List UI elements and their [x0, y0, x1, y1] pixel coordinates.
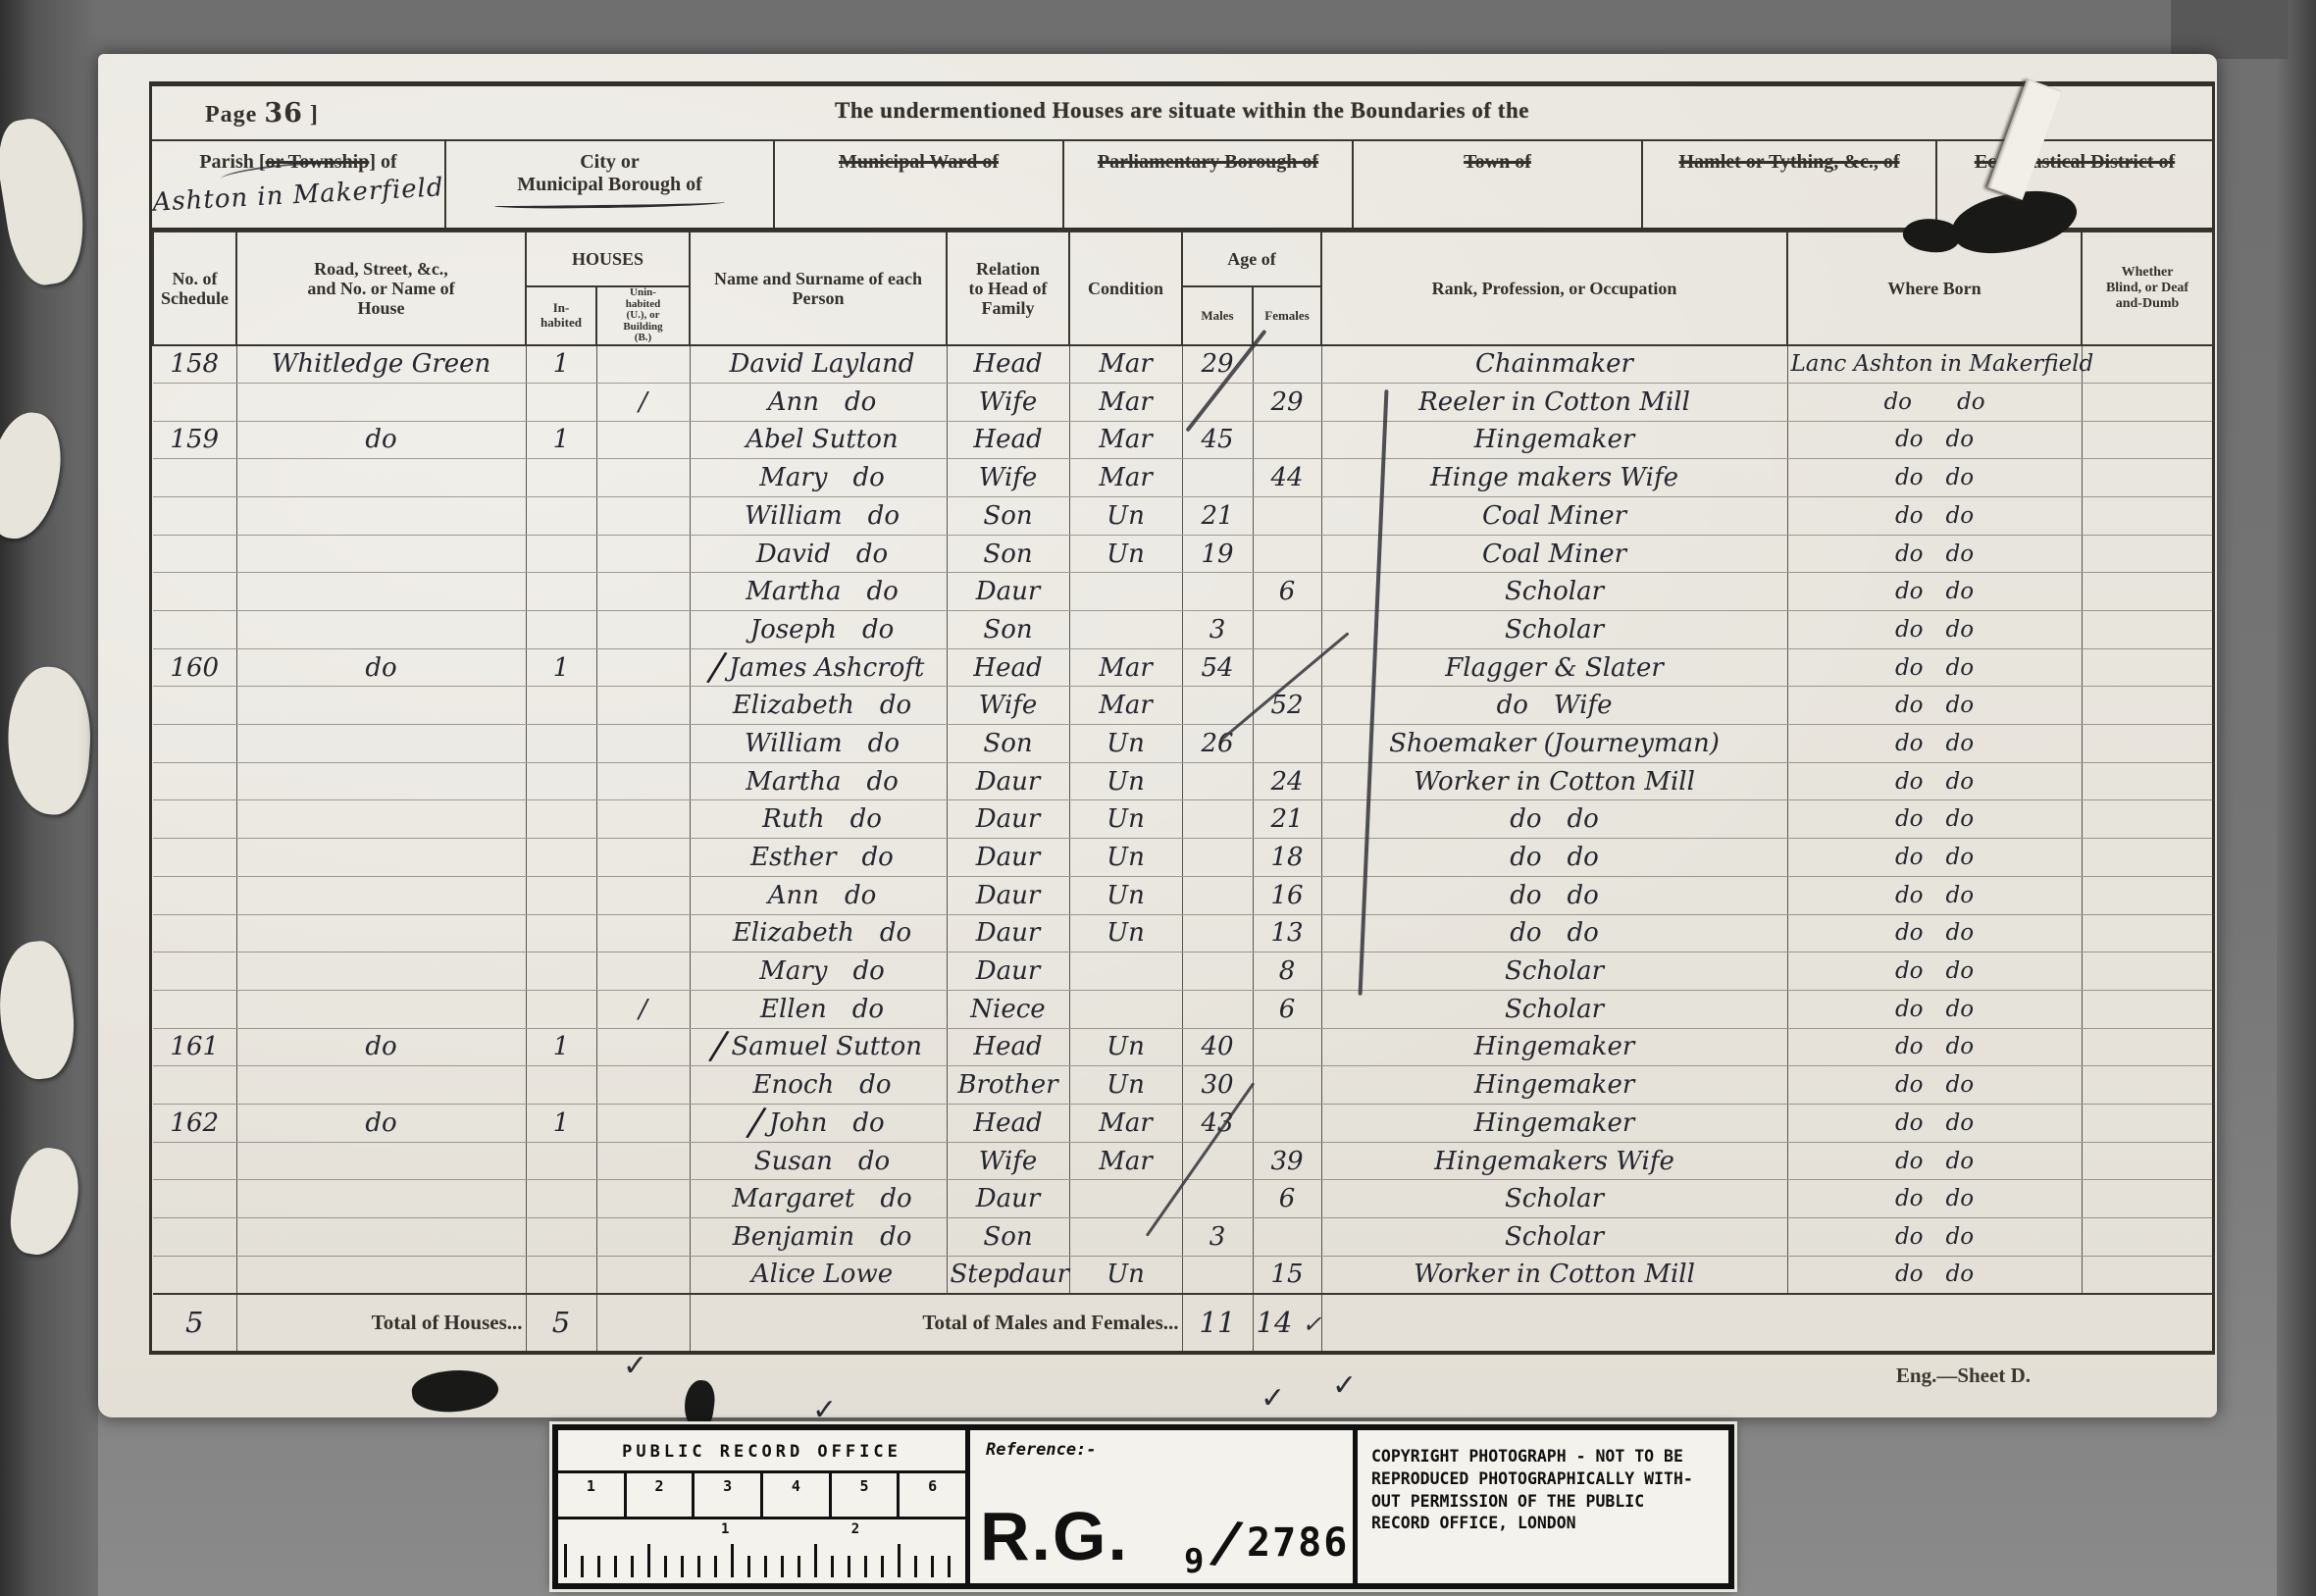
cell-age-female: 13: [1253, 914, 1321, 952]
cell-age-male: [1182, 839, 1253, 877]
cell-schedule: [153, 762, 236, 800]
cell-relation: Daur: [947, 914, 1069, 952]
cell-schedule: [153, 383, 236, 421]
person-name: Alice Lowe: [751, 1260, 893, 1289]
stamp-office-label: PUBLIC RECORD OFFICE: [558, 1430, 965, 1473]
reference-label: Reference:-: [986, 1440, 1097, 1460]
person-name: William do: [745, 501, 900, 531]
cell-infirmity: [2082, 876, 2213, 914]
cell-born: do do: [1787, 648, 2082, 687]
person-name: William do: [745, 729, 900, 758]
cell-occupation: Hingemakers Wife: [1321, 1142, 1787, 1180]
cell-relation: Daur: [947, 1180, 1069, 1218]
table-row: Elizabeth do Daur Un 13 do do do do: [153, 914, 2213, 952]
cell-born: do do: [1787, 1256, 2082, 1294]
cell-born: do do: [1787, 914, 2082, 952]
cell-age-male: [1182, 876, 1253, 914]
cell-occupation: Scholar: [1321, 611, 1787, 649]
cell-relation: Daur: [947, 952, 1069, 991]
cell-condition: Un: [1069, 1066, 1182, 1105]
cell-condition: [1069, 611, 1182, 649]
total-males: 11: [1182, 1294, 1253, 1351]
cell-schedule: 160: [153, 648, 236, 687]
cell-age-female: [1253, 535, 1321, 573]
cell-road: do: [236, 1104, 526, 1142]
cell-age-female: 6: [1253, 1180, 1321, 1218]
cell-schedule: [153, 990, 236, 1028]
cell-schedule: [153, 459, 236, 497]
census-form: Page 36 ] The undermentioned Houses are …: [149, 81, 2215, 1355]
cell-condition: [1069, 1180, 1182, 1218]
cell-uninhabited: [596, 648, 690, 687]
cell-born: do do: [1787, 800, 2082, 839]
cell-uninhabited: [596, 1142, 690, 1180]
table-row: 160 do 1 /James Ashcroft Head Mar 54 Fla…: [153, 648, 2213, 687]
table-row: William do Son Un 26 Shoemaker (Journeym…: [153, 725, 2213, 763]
table-row: / Ann do Wife Mar 29 Reeler in Cotton Mi…: [153, 383, 2213, 421]
cell-age-male: 19: [1182, 535, 1253, 573]
table-row: 162 do 1 /John do Head Mar 43 Hingemaker…: [153, 1104, 2213, 1142]
cell-occupation: Hingemaker: [1321, 421, 1787, 459]
person-name: John do: [769, 1108, 885, 1138]
parish-label-post: ] of: [369, 151, 396, 173]
cell-born: do do: [1787, 1104, 2082, 1142]
scan-top-right-shadow: [2171, 0, 2289, 59]
cell-age-female: [1253, 1104, 1321, 1142]
cell-condition: Mar: [1069, 459, 1182, 497]
cell-relation: Niece: [947, 990, 1069, 1028]
cell-name: Ruth do: [690, 800, 947, 839]
cell-condition: Mar: [1069, 421, 1182, 459]
cell-inhabited: [526, 914, 596, 952]
cell-occupation: Scholar: [1321, 1180, 1787, 1218]
cell-condition: Un: [1069, 496, 1182, 535]
cell-occupation: Chainmaker: [1321, 345, 1787, 384]
cell-inhabited: [526, 1180, 596, 1218]
ruler-lower-number: 2: [851, 1521, 859, 1537]
cell-born: do do: [1787, 876, 2082, 914]
table-row: / Ellen do Niece 6 Scholar do do: [153, 990, 2213, 1028]
col-females: Females: [1253, 286, 1321, 345]
cell-occupation: do do: [1321, 876, 1787, 914]
borough-label: City or Municipal Borough of: [517, 151, 702, 195]
cell-occupation: Coal Miner: [1321, 496, 1787, 535]
cell-road: [236, 990, 526, 1028]
cell-born: do do: [1787, 459, 2082, 497]
cell-condition: Un: [1069, 876, 1182, 914]
cell-uninhabited: [596, 876, 690, 914]
person-name: Susan do: [754, 1147, 890, 1176]
cell-road: [236, 1142, 526, 1180]
cell-relation: Daur: [947, 573, 1069, 611]
cell-name: Joseph do: [690, 611, 947, 649]
cell-age-female: [1253, 611, 1321, 649]
table-row: Martha do Daur 6 Scholar do do: [153, 573, 2213, 611]
cell-age-female: [1253, 1218, 1321, 1257]
cell-uninhabited: [596, 1256, 690, 1294]
total-houses-label: Total of Houses...: [236, 1294, 526, 1351]
copyright-line: REPRODUCED PHOTOGRAPHICALLY WITH-: [1371, 1468, 1715, 1491]
cell-born: do do: [1787, 611, 2082, 649]
cell-inhabited: [526, 687, 596, 725]
cell-age-male: [1182, 762, 1253, 800]
total-females-value: 14: [1257, 1306, 1293, 1339]
col-males: Males: [1182, 286, 1253, 345]
cell-road: [236, 496, 526, 535]
total-houses-value: 5: [526, 1294, 596, 1351]
cell-name: Enoch do: [690, 1066, 947, 1105]
col-name: Name and Surname of each Person: [690, 232, 947, 345]
cell-age-female: 6: [1253, 573, 1321, 611]
person-name: Ellen do: [760, 995, 884, 1024]
col-relation: Relation to Head of Family: [947, 232, 1069, 345]
person-name: Joseph do: [750, 615, 895, 644]
cell-infirmity: [2082, 648, 2213, 687]
col-inhabited: In- habited: [526, 286, 596, 345]
parliamentary-label: Parliamentary Borough of: [1098, 151, 1318, 173]
table-row: Benjamin do Son 3 Scholar do do: [153, 1218, 2213, 1257]
cell-infirmity: [2082, 535, 2213, 573]
person-name: Margaret do: [732, 1184, 911, 1213]
check-mark: ✓: [1261, 1381, 1285, 1416]
table-body: 158 Whitledge Green 1 David Layland Head…: [153, 345, 2213, 1294]
cell-name: Abel Sutton: [690, 421, 947, 459]
col-uninhabited: Unin- habited (U.), or Building (B.): [596, 286, 690, 345]
cell-occupation: Scholar: [1321, 1218, 1787, 1257]
cell-infirmity: [2082, 687, 2213, 725]
total-males-females-label: Total of Males and Females...: [690, 1294, 1182, 1351]
person-name: David do: [756, 540, 888, 569]
cell-condition: [1069, 1218, 1182, 1257]
table-row: Susan do Wife Mar 39 Hingemakers Wife do…: [153, 1142, 2213, 1180]
check-mark: ✓: [1302, 1311, 1321, 1338]
reference-slash: /: [1205, 1507, 1248, 1577]
table-row: Ann do Daur Un 16 do do do do: [153, 876, 2213, 914]
cell-age-female: [1253, 1066, 1321, 1105]
ruler-minor-ticks: [564, 1556, 959, 1577]
cell-relation: Son: [947, 535, 1069, 573]
cell-name: David Layland: [690, 345, 947, 384]
cell-name: Ann do: [690, 876, 947, 914]
cell-relation: Son: [947, 725, 1069, 763]
table-row: William do Son Un 21 Coal Miner do do: [153, 496, 2213, 535]
cell-inhabited: [526, 1142, 596, 1180]
cell-infirmity: [2082, 496, 2213, 535]
cell-road: [236, 459, 526, 497]
cell-infirmity: [2082, 990, 2213, 1028]
cell-age-female: 18: [1253, 839, 1321, 877]
cell-born: do do: [1787, 383, 2082, 421]
person-name: Ruth do: [762, 804, 882, 834]
ink-blot: [682, 1378, 718, 1431]
cell-uninhabited: /: [596, 990, 690, 1028]
col-rank: Rank, Profession, or Occupation: [1321, 232, 1787, 345]
cell-born: do do: [1787, 762, 2082, 800]
cell-road: [236, 952, 526, 991]
cell-relation: Son: [947, 611, 1069, 649]
pen-mark: /: [746, 1099, 767, 1147]
cell-condition: Un: [1069, 800, 1182, 839]
cell-age-female: 24: [1253, 762, 1321, 800]
cell-relation: Daur: [947, 762, 1069, 800]
cell-schedule: [153, 839, 236, 877]
person-name: Ann do: [768, 387, 877, 417]
town-box: Town of: [1354, 141, 1643, 228]
check-mark: ✓: [1332, 1368, 1357, 1403]
cell-road: [236, 839, 526, 877]
town-label: Town of: [1464, 151, 1531, 173]
cell-uninhabited: /: [596, 383, 690, 421]
cell-uninhabited: [596, 421, 690, 459]
cell-name: Esther do: [690, 839, 947, 877]
person-name: Martha do: [746, 577, 899, 606]
cell-road: [236, 876, 526, 914]
cell-relation: Wife: [947, 687, 1069, 725]
col-houses: HOUSES: [526, 232, 690, 286]
cell-relation: Stepdaur: [947, 1256, 1069, 1294]
cell-name: Ann do: [690, 383, 947, 421]
table-row: David do Son Un 19 Coal Miner do do: [153, 535, 2213, 573]
ruler-number: 2: [627, 1473, 695, 1517]
cell-inhabited: [526, 1256, 596, 1294]
cell-age-female: [1253, 496, 1321, 535]
ruler-number: 5: [832, 1473, 901, 1517]
cell-condition: Un: [1069, 535, 1182, 573]
cell-born: do do: [1787, 687, 2082, 725]
cell-inhabited: [526, 1218, 596, 1257]
cell-age-male: [1182, 800, 1253, 839]
hamlet-label: Hamlet or Tything, &c., of: [1679, 151, 1900, 173]
cell-age-female: 39: [1253, 1142, 1321, 1180]
cell-born: do do: [1787, 535, 2082, 573]
person-name: Elizabeth do: [733, 918, 911, 948]
cell-road: [236, 383, 526, 421]
person-name: Mary do: [759, 463, 885, 492]
table-row: 161 do 1 /Samuel Sutton Head Un 40 Hinge…: [153, 1028, 2213, 1066]
cell-schedule: [153, 611, 236, 649]
document-title: The undermentioned Houses are situate wi…: [152, 98, 2212, 124]
cell-uninhabited: [596, 952, 690, 991]
cell-name: Elizabeth do: [690, 914, 947, 952]
cell-uninhabited: [596, 1180, 690, 1218]
cell-occupation: Scholar: [1321, 990, 1787, 1028]
cell-infirmity: [2082, 800, 2213, 839]
cell-road: [236, 573, 526, 611]
cell-born: do do: [1787, 1180, 2082, 1218]
cell-infirmity: [2082, 459, 2213, 497]
stamp-ruler-ticks: 1 2: [558, 1519, 965, 1583]
cell-relation: Daur: [947, 876, 1069, 914]
scan-right-edge: [2277, 0, 2316, 1596]
stamp-copyright-section: COPYRIGHT PHOTOGRAPH - NOT TO BE REPRODU…: [1358, 1430, 1728, 1583]
cell-relation: Son: [947, 496, 1069, 535]
cell-name: /John do: [690, 1104, 947, 1142]
cell-age-female: 8: [1253, 952, 1321, 991]
cell-age-male: [1182, 914, 1253, 952]
table-header: No. of Schedule Road, Street, &c., and N…: [153, 232, 2213, 345]
cell-schedule: [153, 914, 236, 952]
cell-occupation: Hingemaker: [1321, 1104, 1787, 1142]
col-infirmity: Whether Blind, or Deaf and-Dumb: [2082, 232, 2213, 345]
cell-occupation: Scholar: [1321, 573, 1787, 611]
cell-uninhabited: [596, 687, 690, 725]
check-mark: ✓: [623, 1349, 647, 1383]
total-spacer: [596, 1294, 690, 1351]
cell-name: Alice Lowe: [690, 1256, 947, 1294]
cell-infirmity: [2082, 914, 2213, 952]
cell-uninhabited: [596, 1028, 690, 1066]
pen-mark: /: [706, 644, 727, 692]
cell-infirmity: [2082, 383, 2213, 421]
cell-age-male: 3: [1182, 611, 1253, 649]
cell-inhabited: 1: [526, 1028, 596, 1066]
cell-occupation: do do: [1321, 839, 1787, 877]
cell-infirmity: [2082, 1218, 2213, 1257]
cell-born: do do: [1787, 952, 2082, 991]
col-schedule: No. of Schedule: [153, 232, 236, 345]
pen-underline: [494, 199, 725, 209]
cell-condition: [1069, 990, 1182, 1028]
cell-born: do do: [1787, 1028, 2082, 1066]
cell-age-male: 40: [1182, 1028, 1253, 1066]
cell-age-male: [1182, 1180, 1253, 1218]
cell-age-male: 26: [1182, 725, 1253, 763]
cell-age-male: [1182, 990, 1253, 1028]
parish-box: Parish [or Township] of Ashton in Makerf…: [152, 141, 446, 228]
parish-value: Ashton in Makerfield: [151, 173, 444, 218]
cell-age-male: [1182, 1142, 1253, 1180]
cell-relation: Son: [947, 1218, 1069, 1257]
cell-infirmity: [2082, 1066, 2213, 1105]
stamp-ruler-numbers: 1 2 3 4 5 6: [558, 1473, 965, 1519]
stamp-reference-section: Reference:- R.G. 9 / 2786: [970, 1430, 1358, 1583]
cell-road: [236, 800, 526, 839]
cell-age-female: 29: [1253, 383, 1321, 421]
ink-blot: [410, 1366, 500, 1416]
person-name: Benjamin do: [733, 1222, 912, 1252]
cell-age-male: [1182, 573, 1253, 611]
col-road: Road, Street, &c., and No. or Name of Ho…: [236, 232, 526, 345]
cell-occupation: Worker in Cotton Mill: [1321, 762, 1787, 800]
cell-inhabited: 1: [526, 421, 596, 459]
cell-born: do do: [1787, 839, 2082, 877]
table-row: Martha do Daur Un 24 Worker in Cotton Mi…: [153, 762, 2213, 800]
cell-condition: Un: [1069, 914, 1182, 952]
cell-schedule: 159: [153, 421, 236, 459]
cell-inhabited: [526, 611, 596, 649]
cell-schedule: [153, 876, 236, 914]
cell-condition: Mar: [1069, 1142, 1182, 1180]
cell-occupation: Hinge makers Wife: [1321, 459, 1787, 497]
cell-uninhabited: [596, 459, 690, 497]
series-code: R.G.: [980, 1497, 1129, 1575]
cell-road: [236, 725, 526, 763]
person-name: Abel Sutton: [746, 425, 898, 454]
cell-inhabited: 1: [526, 1104, 596, 1142]
cell-name: Mary do: [690, 952, 947, 991]
cell-occupation: Worker in Cotton Mill: [1321, 1256, 1787, 1294]
cell-schedule: 158: [153, 345, 236, 384]
cell-occupation: do do: [1321, 800, 1787, 839]
person-name: James Ashcroft: [729, 653, 924, 683]
cell-occupation: Reeler in Cotton Mill: [1321, 383, 1787, 421]
cell-infirmity: [2082, 1180, 2213, 1218]
cell-inhabited: [526, 383, 596, 421]
person-name: Martha do: [746, 767, 899, 797]
cell-born: do do: [1787, 421, 2082, 459]
cell-condition: [1069, 573, 1182, 611]
cell-road: [236, 1066, 526, 1105]
cell-uninhabited: [596, 725, 690, 763]
cell-relation: Daur: [947, 800, 1069, 839]
cell-schedule: [153, 1256, 236, 1294]
cell-road: [236, 914, 526, 952]
cell-uninhabited: [596, 535, 690, 573]
cell-relation: Head: [947, 345, 1069, 384]
cell-relation: Head: [947, 1104, 1069, 1142]
cell-infirmity: [2082, 573, 2213, 611]
cell-name: /Samuel Sutton: [690, 1028, 947, 1066]
ruler-number: 4: [763, 1473, 832, 1517]
cell-born: do do: [1787, 990, 2082, 1028]
cell-relation: Head: [947, 648, 1069, 687]
reference-number: 2786: [1247, 1520, 1349, 1566]
cell-age-female: 16: [1253, 876, 1321, 914]
cell-name: /James Ashcroft: [690, 648, 947, 687]
cell-inhabited: [526, 535, 596, 573]
person-name: Samuel Sutton: [731, 1032, 922, 1061]
cell-inhabited: [526, 1066, 596, 1105]
ruler-number: 6: [900, 1473, 965, 1517]
cell-infirmity: [2082, 952, 2213, 991]
cell-uninhabited: [596, 839, 690, 877]
cell-road: [236, 1218, 526, 1257]
ruler-lower-number: 1: [721, 1521, 729, 1537]
cell-occupation: do Wife: [1321, 687, 1787, 725]
cell-inhabited: [526, 496, 596, 535]
table-row: Ruth do Daur Un 21 do do do do: [153, 800, 2213, 839]
cell-infirmity: [2082, 839, 2213, 877]
col-condition: Condition: [1069, 232, 1182, 345]
ward-label: Municipal Ward of: [839, 151, 999, 173]
cell-uninhabited: [596, 800, 690, 839]
total-schedule: 5: [153, 1294, 236, 1351]
header-boxes: Parish [or Township] of Ashton in Makerf…: [152, 141, 2212, 231]
cell-born: do do: [1787, 573, 2082, 611]
cell-road: Whitledge Green: [236, 345, 526, 384]
cell-road: [236, 687, 526, 725]
cell-uninhabited: [596, 1104, 690, 1142]
cell-uninhabited: [596, 1218, 690, 1257]
person-name: Esther do: [750, 843, 894, 872]
cell-age-male: 54: [1182, 648, 1253, 687]
cell-inhabited: [526, 876, 596, 914]
table-row: 158 Whitledge Green 1 David Layland Head…: [153, 345, 2213, 384]
cell-name: Martha do: [690, 762, 947, 800]
cell-infirmity: [2082, 345, 2213, 384]
cell-road: [236, 611, 526, 649]
cell-uninhabited: [596, 1066, 690, 1105]
cell-schedule: [153, 496, 236, 535]
cell-name: David do: [690, 535, 947, 573]
cell-inhabited: [526, 990, 596, 1028]
table-row: Enoch do Brother Un 30 Hingemaker do do: [153, 1066, 2213, 1105]
cell-condition: Un: [1069, 725, 1182, 763]
person-name: Mary do: [759, 956, 885, 986]
cell-condition: Un: [1069, 762, 1182, 800]
cell-occupation: Coal Miner: [1321, 535, 1787, 573]
cell-road: [236, 1256, 526, 1294]
